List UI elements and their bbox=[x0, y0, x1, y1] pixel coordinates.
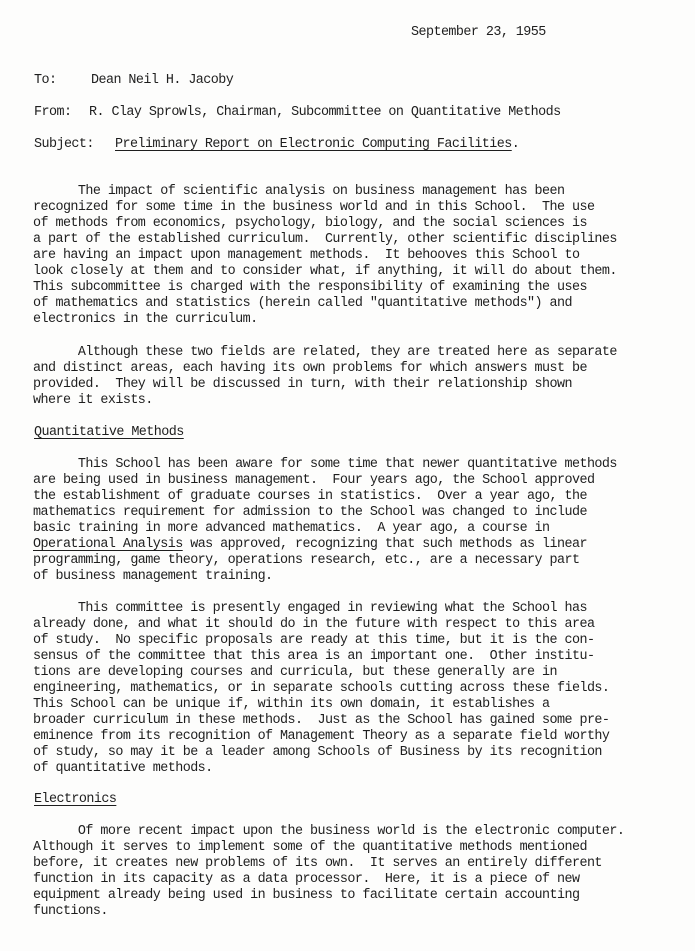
text-line: programming, game theory, operations res… bbox=[33, 553, 617, 569]
subject-period: . bbox=[512, 137, 520, 152]
text-line: Of more recent impact upon the business … bbox=[33, 824, 624, 840]
memo-page: September 23, 1955 To: Dean Neil H. Jaco… bbox=[0, 0, 695, 951]
paragraph-electronics-1: Of more recent impact upon the business … bbox=[33, 824, 624, 920]
text-line: eminence from its recognition of Managem… bbox=[33, 729, 609, 745]
text-line: of business management training. bbox=[33, 569, 617, 585]
text-line: basic training in more advanced mathemat… bbox=[33, 521, 617, 537]
text-line: where it exists. bbox=[33, 393, 617, 409]
subject-value-wrap: Preliminary Report on Electronic Computi… bbox=[115, 137, 519, 153]
text-line: This School can be unique if, within its… bbox=[33, 697, 609, 713]
text-line: are being used in business management. F… bbox=[33, 473, 617, 489]
to-value: Dean Neil H. Jacoby bbox=[91, 73, 233, 89]
text-line: engineering, mathematics, or in separate… bbox=[33, 681, 609, 697]
text-line: of methods from economics, psychology, b… bbox=[33, 216, 617, 232]
paragraph-second: Although these two fields are related, t… bbox=[33, 345, 617, 409]
text-line: of study. No specific proposals are read… bbox=[33, 633, 609, 649]
text-line: function in its capacity as a data proce… bbox=[33, 872, 624, 888]
text-line: electronics in the curriculum. bbox=[33, 312, 617, 328]
text-line: The impact of scientific analysis on bus… bbox=[33, 184, 617, 200]
text-line: already done, and what it should do in t… bbox=[33, 617, 609, 633]
text-line: before, it creates new problems of its o… bbox=[33, 856, 624, 872]
text-line: provided. They will be discussed in turn… bbox=[33, 377, 617, 393]
text-line: Although it serves to implement some of … bbox=[33, 840, 624, 856]
text-fragment: was approved, recognizing that such meth… bbox=[183, 537, 587, 552]
text-line: This School has been aware for some time… bbox=[33, 457, 617, 473]
text-line: the establishment of graduate courses in… bbox=[33, 489, 617, 505]
paragraph-quant-1: This School has been aware for some time… bbox=[33, 457, 617, 585]
subject-label: Subject: bbox=[34, 137, 94, 153]
text-line: functions. bbox=[33, 904, 624, 920]
paragraph-intro: The impact of scientific analysis on bus… bbox=[33, 184, 617, 328]
heading-electronics: Electronics bbox=[34, 792, 116, 808]
text-line: This subcommittee is charged with the re… bbox=[33, 280, 617, 296]
to-label: To: bbox=[34, 73, 56, 89]
text-line: broader curriculum in these methods. Jus… bbox=[33, 713, 609, 729]
text-line: mathematics requirement for admission to… bbox=[33, 505, 617, 521]
paragraph-quant-2: This committee is presently engaged in r… bbox=[33, 601, 609, 777]
text-line: a part of the established curriculum. Cu… bbox=[33, 232, 617, 248]
heading-quantitative-methods: Quantitative Methods bbox=[34, 425, 184, 441]
text-line: equipment already being used in business… bbox=[33, 888, 624, 904]
text-line: of study, so may it be a leader among Sc… bbox=[33, 745, 609, 761]
text-line: tions are developing courses and curricu… bbox=[33, 665, 609, 681]
text-line: are having an impact upon management met… bbox=[33, 248, 617, 264]
text-line: and distinct areas, each having its own … bbox=[33, 361, 617, 377]
text-line: of mathematics and statistics (herein ca… bbox=[33, 296, 617, 312]
text-line: sensus of the committee that this area i… bbox=[33, 649, 609, 665]
text-line: of quantitative methods. bbox=[33, 761, 609, 777]
from-label: From: bbox=[34, 105, 71, 121]
text-line: Operational Analysis was approved, recog… bbox=[33, 537, 617, 553]
subject-value: Preliminary Report on Electronic Computi… bbox=[115, 137, 512, 152]
text-line: look closely at them and to consider wha… bbox=[33, 264, 617, 280]
from-value: R. Clay Sprowls, Chairman, Subcommittee … bbox=[89, 105, 561, 121]
memo-date: September 23, 1955 bbox=[411, 25, 546, 41]
text-line: recognized for some time in the business… bbox=[33, 200, 617, 216]
text-line: Although these two fields are related, t… bbox=[33, 345, 617, 361]
course-name-operational-analysis: Operational Analysis bbox=[33, 537, 183, 552]
text-line: This committee is presently engaged in r… bbox=[33, 601, 609, 617]
